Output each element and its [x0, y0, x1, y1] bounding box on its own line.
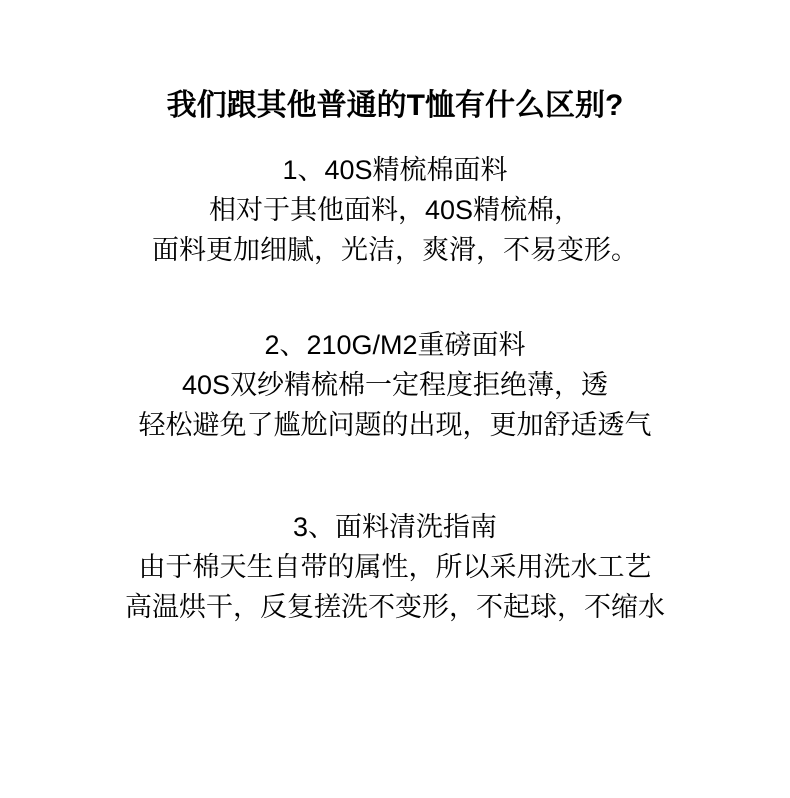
- section-text-line: 面料更加细腻，光洁，爽滑，不易变形。: [0, 230, 790, 270]
- feature-section-washing: 3、面料清洗指南 由于棉天生自带的属性，所以采用洗水工艺 高温烘干，反复搓洗不变…: [0, 507, 790, 627]
- feature-section-fabric: 1、40S精梳棉面料 相对于其他面料，40S精梳棉， 面料更加细腻，光洁，爽滑，…: [0, 150, 790, 270]
- section-heading: 3、面料清洗指南: [0, 507, 790, 547]
- section-heading: 1、40S精梳棉面料: [0, 150, 790, 190]
- feature-section-weight: 2、210G/M2重磅面料 40S双纱精梳棉一定程度拒绝薄，透 轻松避免了尴尬问…: [0, 325, 790, 445]
- section-heading: 2、210G/M2重磅面料: [0, 325, 790, 365]
- section-text-line: 高温烘干，反复搓洗不变形，不起球，不缩水: [0, 587, 790, 627]
- page-title: 我们跟其他普通的T恤有什么区别?: [0, 0, 790, 127]
- product-description-page: 我们跟其他普通的T恤有什么区别? 1、40S精梳棉面料 相对于其他面料，40S精…: [0, 0, 790, 798]
- section-text-line: 相对于其他面料，40S精梳棉，: [0, 190, 790, 230]
- section-text-line: 40S双纱精梳棉一定程度拒绝薄，透: [0, 365, 790, 405]
- section-text-line: 轻松避免了尴尬问题的出现，更加舒适透气: [0, 405, 790, 445]
- section-text-line: 由于棉天生自带的属性，所以采用洗水工艺: [0, 547, 790, 587]
